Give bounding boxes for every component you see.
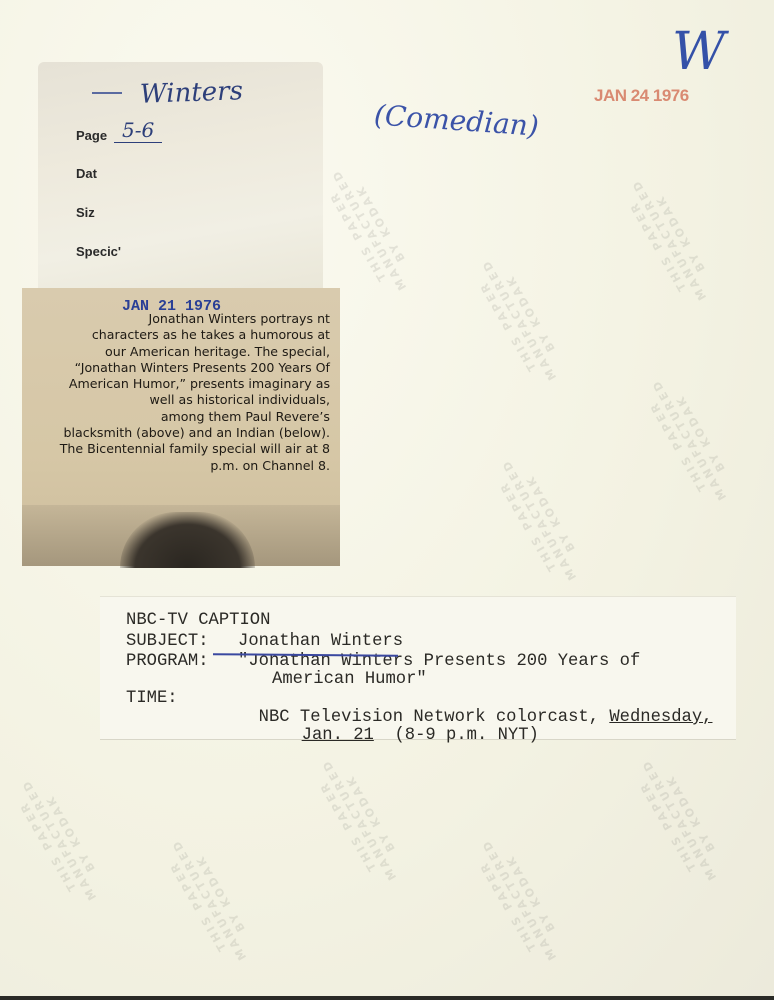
received-date-stamp: JAN 24 1976 bbox=[594, 86, 689, 106]
clipping-line: our American heritage. The special, bbox=[40, 344, 330, 360]
clipping-line: blacksmith (above) and an Indian (below)… bbox=[40, 425, 330, 441]
clipping-line: American Humor,” presents imaginary as bbox=[40, 376, 330, 392]
clipping-line: well as historical individuals, bbox=[40, 392, 330, 408]
caption-subject-label: SUBJECT: bbox=[126, 632, 209, 651]
clipping-line: The Bicentennial family special will air… bbox=[40, 441, 330, 457]
clipping-line: p.m. on Channel 8. bbox=[40, 458, 330, 474]
label-field-page-value: 5-6 bbox=[114, 118, 162, 143]
clipping-line: characters as he takes a humorous at bbox=[40, 327, 330, 343]
caption-header: NBC-TV CAPTION bbox=[126, 611, 270, 630]
label-subject-name: Winters bbox=[140, 76, 244, 110]
label-field-date: Dat bbox=[76, 166, 97, 181]
caption-time-label: TIME: bbox=[126, 689, 178, 708]
label-field-special: Specic' bbox=[76, 244, 121, 259]
clipping-caption-text: Jonathan Winters portrays nt characters … bbox=[40, 311, 330, 474]
scan-border bbox=[0, 996, 774, 1000]
clipping-line: “Jonathan Winters Presents 200 Years Of bbox=[40, 360, 330, 376]
label-name-blank bbox=[92, 92, 122, 94]
caption-subject-value: Jonathan Winters bbox=[238, 632, 403, 651]
label-field-size: Siz bbox=[76, 205, 95, 220]
initial-annotation: W bbox=[672, 22, 725, 82]
caption-program-label: PROGRAM: bbox=[126, 652, 209, 671]
clipping-line: among them Paul Revere’s bbox=[40, 409, 330, 425]
caption-program-value-cont: American Humor" bbox=[272, 670, 427, 689]
clipping-line: Jonathan Winters portrays nt bbox=[40, 311, 330, 327]
caption-time-value-cont: Jan. 21 (8-9 p.m. NYT) bbox=[281, 707, 539, 745]
label-field-page: Page bbox=[76, 128, 107, 143]
